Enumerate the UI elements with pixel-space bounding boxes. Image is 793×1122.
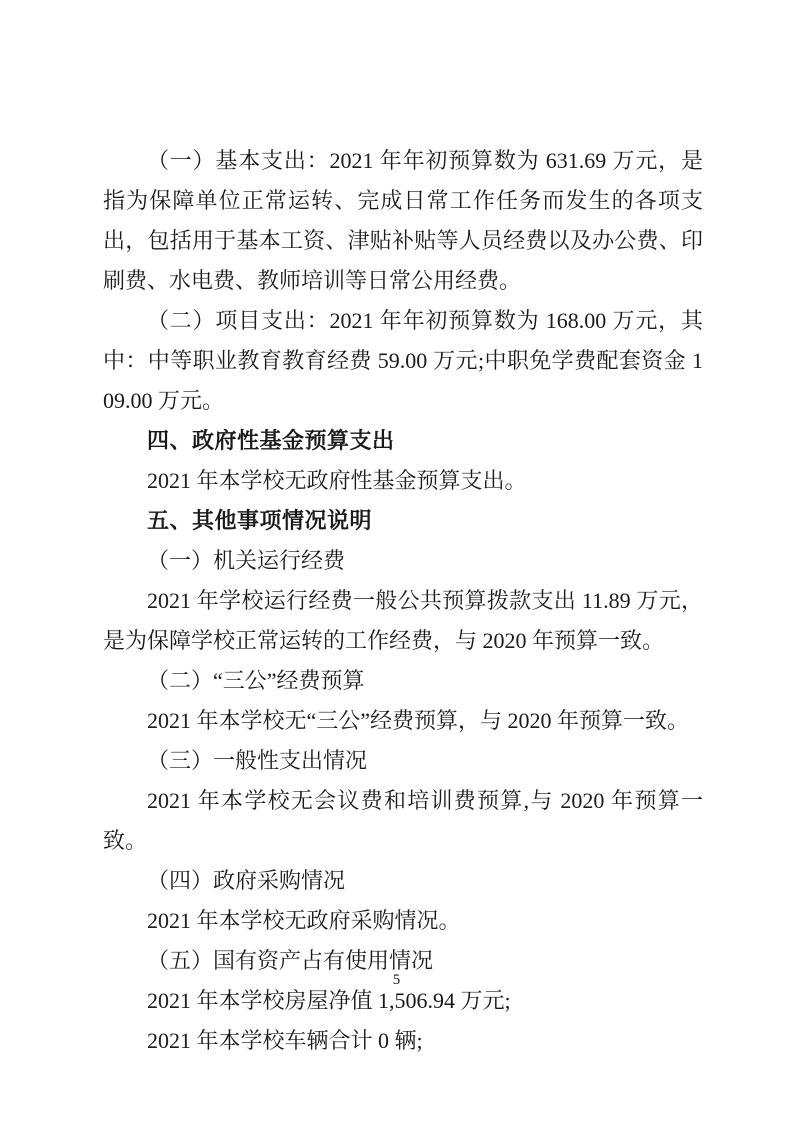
para-vehicle-count: 2021 年本学校车辆合计 0 辆; (103, 1021, 703, 1061)
para-gov-procurement-detail: 2021 年本学校无政府采购情况。 (103, 901, 703, 941)
heading-section-4-gov-fund-budget: 四、政府性基金预算支出 (103, 421, 703, 461)
subheading-general-expenditure: （三）一般性支出情况 (103, 741, 703, 781)
document-page: （一）基本支出：2021 年年初预算数为 631.69 万元，是指为保障单位正常… (0, 0, 793, 1122)
page-number: 5 (0, 972, 793, 989)
para-operating-expenses-detail: 2021 年学校运行经费一般公共预算拨款支出 11.89 万元，是为保障学校正常… (103, 581, 703, 661)
para-general-expenditure-detail: 2021 年本学校无会议费和培训费预算,与 2020 年预算一致。 (103, 781, 703, 861)
para-project-expenditure: （二）项目支出：2021 年年初预算数为 168.00 万元，其中：中等职业教育… (103, 301, 703, 421)
para-basic-expenditure: （一）基本支出：2021 年年初预算数为 631.69 万元，是指为保障单位正常… (103, 141, 703, 301)
heading-section-5-other-matters: 五、其他事项情况说明 (103, 501, 703, 541)
subheading-gov-procurement: （四）政府采购情况 (103, 861, 703, 901)
subheading-three-public-expenses: （二）“三公”经费预算 (103, 661, 703, 701)
document-body: （一）基本支出：2021 年年初预算数为 631.69 万元，是指为保障单位正常… (103, 141, 703, 1061)
subheading-agency-operating-expenses: （一）机关运行经费 (103, 541, 703, 581)
para-three-public-expenses-detail: 2021 年本学校无“三公”经费预算，与 2020 年预算一致。 (103, 701, 703, 741)
para-no-gov-fund-expenditure: 2021 年本学校无政府性基金预算支出。 (103, 461, 703, 501)
